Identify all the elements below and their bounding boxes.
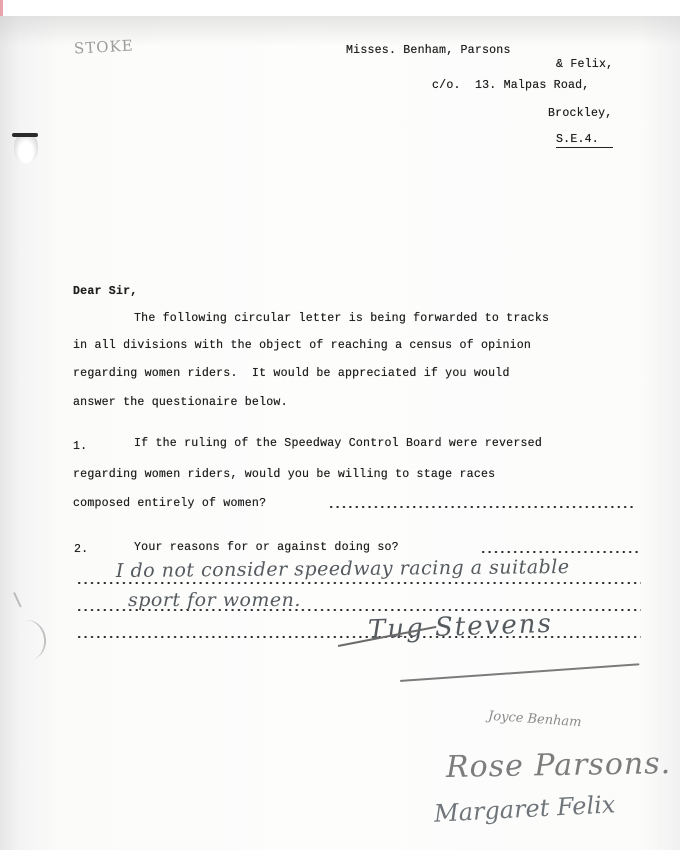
sender-line-4: Brockley, [548, 107, 612, 120]
stoke-annotation: STOKE [74, 36, 135, 57]
question-number: 1. [73, 440, 87, 453]
body-line-4: answer the questionaire below. [73, 396, 288, 409]
question-2-answer-line-0 [480, 551, 640, 553]
scan-right-margin [680, 0, 700, 850]
punch-hole [14, 134, 38, 164]
salutation: Dear Sir, [73, 285, 137, 298]
sender-postcode: S.E.4. [556, 133, 613, 148]
sender-line-2: & Felix, [556, 58, 613, 71]
body-line-3: regarding women riders. It would be appr… [73, 367, 510, 380]
question-1-line-1: If the ruling of the Speedway Control Bo… [134, 437, 542, 450]
question-1-line-3: composed entirely of women? [73, 497, 266, 510]
signature-rose-parsons: Rose Parsons. [446, 746, 672, 785]
scan-edge-mark [0, 0, 3, 16]
question-2-line-1: Your reasons for or against doing so? [134, 541, 399, 554]
scanned-letter-page: STOKE Misses. Benham, Parsons & Felix, c… [0, 0, 700, 850]
question-2-answer-line-1 [76, 582, 641, 584]
question-1-line-2: regarding women riders, would you be wil… [73, 468, 495, 481]
sender-line-1: Misses. Benham, Parsons [346, 44, 511, 57]
question-number: 2. [74, 543, 88, 556]
question-1-answer-line [328, 506, 636, 508]
sender-line-3: c/o. 13. Malpas Road, [432, 79, 589, 92]
body-line-2: in all divisions with the object of reac… [73, 339, 531, 352]
question-2-answer-line-3 [76, 636, 641, 638]
body-line-1: The following circular letter is being f… [134, 312, 549, 325]
answer-line-1: I do not consider speedway racing a suit… [116, 556, 570, 582]
answer-line-2: sport for women. [128, 589, 301, 611]
scan-top-margin [0, 0, 700, 16]
